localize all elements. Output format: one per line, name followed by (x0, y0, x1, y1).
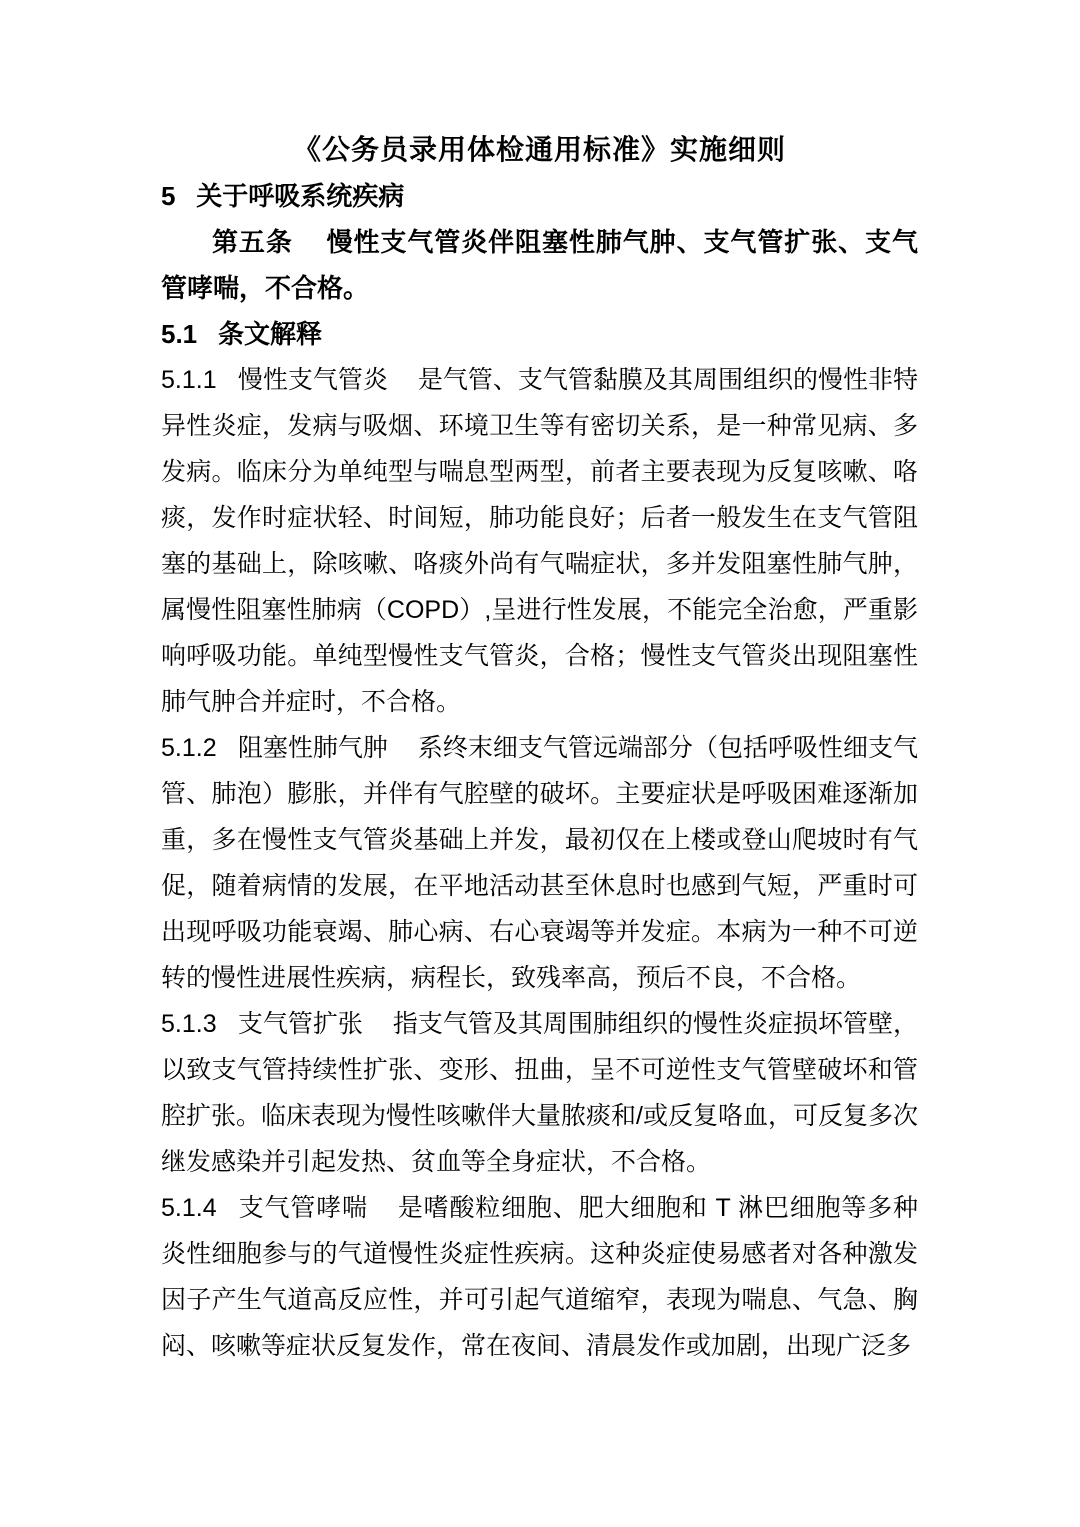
clause-number: 5.1.1 (161, 366, 217, 394)
article-clause: 第五条慢性支气管炎伴阻塞性肺气肿、支气管扩张、支气管哮喘，不合格。 (161, 219, 918, 311)
document-page: 《公务员录用体检通用标准》实施细则 5关于呼吸系统疾病 第五条慢性支气管炎伴阻塞… (0, 0, 1080, 1527)
clause-term: 支气管哮喘 (238, 1194, 368, 1222)
subsection-number: 5.1 (161, 319, 197, 349)
page-title: 《公务员录用体检通用标准》实施细则 (161, 126, 918, 173)
document-content: 《公务员录用体检通用标准》实施细则 5关于呼吸系统疾病 第五条慢性支气管炎伴阻塞… (161, 126, 918, 1369)
article-label: 第五条 (212, 227, 293, 257)
subsection-heading: 5.1条文解释 (161, 311, 918, 357)
clause-text: 系终末细支气管远端部分（包括呼吸性细支气管、肺泡）膨胀，并伴有气腔壁的破坏。主要… (161, 734, 918, 992)
clause-5-1-1: 5.1.1慢性支气管炎是气管、支气管黏膜及其周围组织的慢性非特异性炎症，发病与吸… (161, 357, 918, 725)
section-heading: 5关于呼吸系统疾病 (161, 173, 918, 219)
clause-5-1-2: 5.1.2阻塞性肺气肿系终末细支气管远端部分（包括呼吸性细支气管、肺泡）膨胀，并… (161, 725, 918, 1001)
section-heading-text: 关于呼吸系统疾病 (196, 181, 404, 211)
clause-text: 是气管、支气管黏膜及其周围组织的慢性非特异性炎症，发病与吸烟、环境卫生等有密切关… (161, 366, 918, 716)
clause-5-1-4: 5.1.4支气管哮喘是嗜酸粒细胞、肥大细胞和 T 淋巴细胞等多种炎性细胞参与的气… (161, 1185, 918, 1369)
clause-number: 5.1.4 (161, 1194, 217, 1222)
clause-number: 5.1.2 (161, 734, 217, 762)
clause-term: 慢性支气管炎 (238, 366, 388, 394)
section-number: 5 (161, 181, 175, 211)
subsection-heading-text: 条文解释 (218, 319, 322, 349)
clause-number: 5.1.3 (161, 1010, 217, 1038)
clause-term: 支气管扩张 (238, 1010, 363, 1038)
clause-term: 阻塞性肺气肿 (238, 734, 388, 762)
clause-5-1-3: 5.1.3支气管扩张指支气管及其周围肺组织的慢性炎症损坏管壁，以致支气管持续性扩… (161, 1001, 918, 1185)
